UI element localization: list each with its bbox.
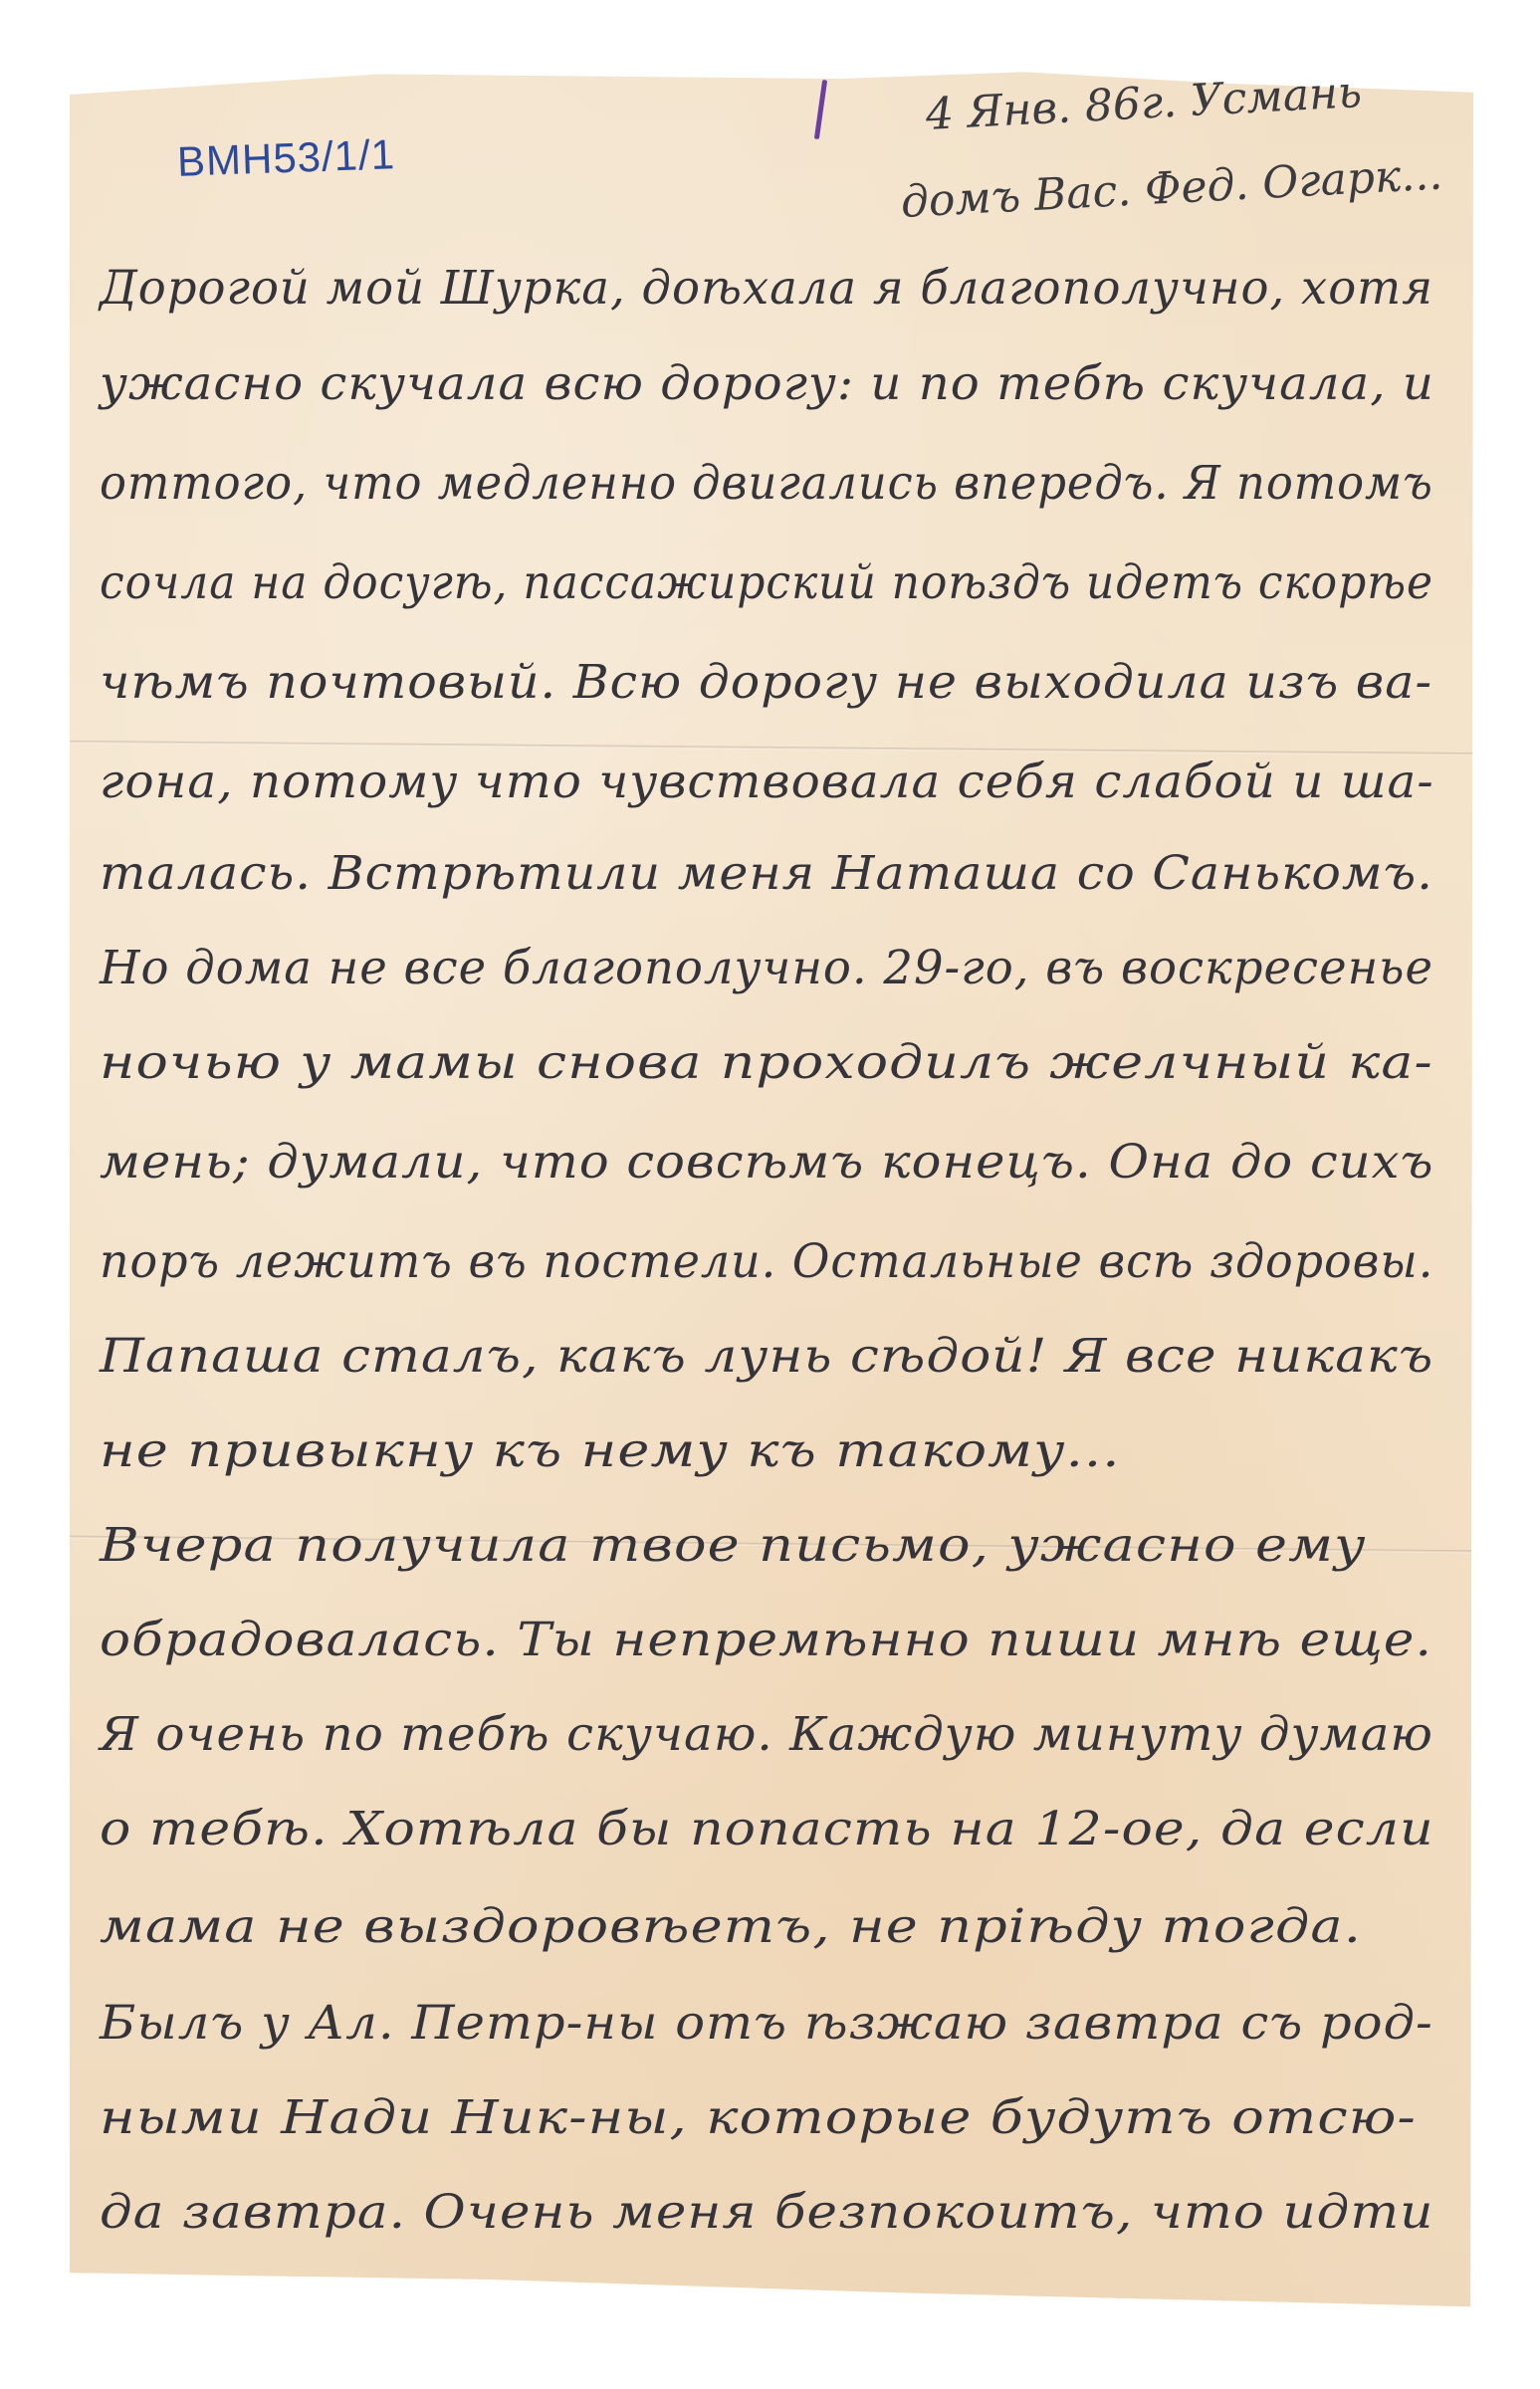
paper-fold-upper xyxy=(70,741,1473,756)
letter-line: ночью у мамы снова проходилъ желчный ка- xyxy=(100,1035,1433,1090)
letter-line: Я очень по тебѣ скучаю. Каждую минуту ду… xyxy=(100,1707,1433,1762)
letter-line: гона, потому что чувствовала себя слабой… xyxy=(100,755,1434,809)
letter-line: да завтра. Очень меня безпокоитъ, что ид… xyxy=(100,2185,1434,2240)
letter-line: оттого, что медленно двигались впередъ. … xyxy=(100,456,1433,511)
letter-line: Былъ у Ал. Петр-ны отъ ѣзжаю завтра съ р… xyxy=(100,1996,1433,2051)
letter-line: сочла на досугѣ, пассажирский поѣздъ иде… xyxy=(100,555,1433,610)
letter-line: ужасно скучала всю дорогу: и по тебѣ ску… xyxy=(100,356,1434,411)
letter-line: ными Нади Ник-ны, которые будутъ отсю- xyxy=(100,2090,1417,2145)
letter-line: чѣмъ почтовый. Всю дорогу не выходила из… xyxy=(100,655,1432,710)
letter-line: мама не выздоровѣетъ, не пріѣду тогда. xyxy=(100,1899,1362,1954)
letter-line: о тебѣ. Хотѣла бы попасть на 12-ое, да е… xyxy=(100,1802,1434,1856)
letter-line: обрадовалась. Ты непремѣнно пиши мнѣ еще… xyxy=(100,1613,1432,1667)
letter-line: Но дома не все благополучно. 29-го, въ в… xyxy=(100,941,1433,995)
letter-line: мень; думали, что совсѣмъ конецъ. Она до… xyxy=(100,1135,1434,1190)
letter-line: Папаша сталъ, какъ лунь сѣдой! Я все ник… xyxy=(100,1329,1433,1384)
letter-line: не привыкну къ нему къ такому... xyxy=(100,1423,1121,1478)
letter-line: Дорогой мой Шурка, доѣхала я благополучн… xyxy=(100,261,1433,316)
archive-code-stamp: ВМН53/1/1 xyxy=(176,130,396,186)
letter-line: талась. Встрѣтили меня Наташа со Саньком… xyxy=(100,846,1433,901)
letter-line: поръ лежитъ въ постели. Остальные всѣ зд… xyxy=(100,1234,1433,1289)
letter-line: Вчера получила твое письмо, ужасно ему xyxy=(100,1518,1367,1573)
